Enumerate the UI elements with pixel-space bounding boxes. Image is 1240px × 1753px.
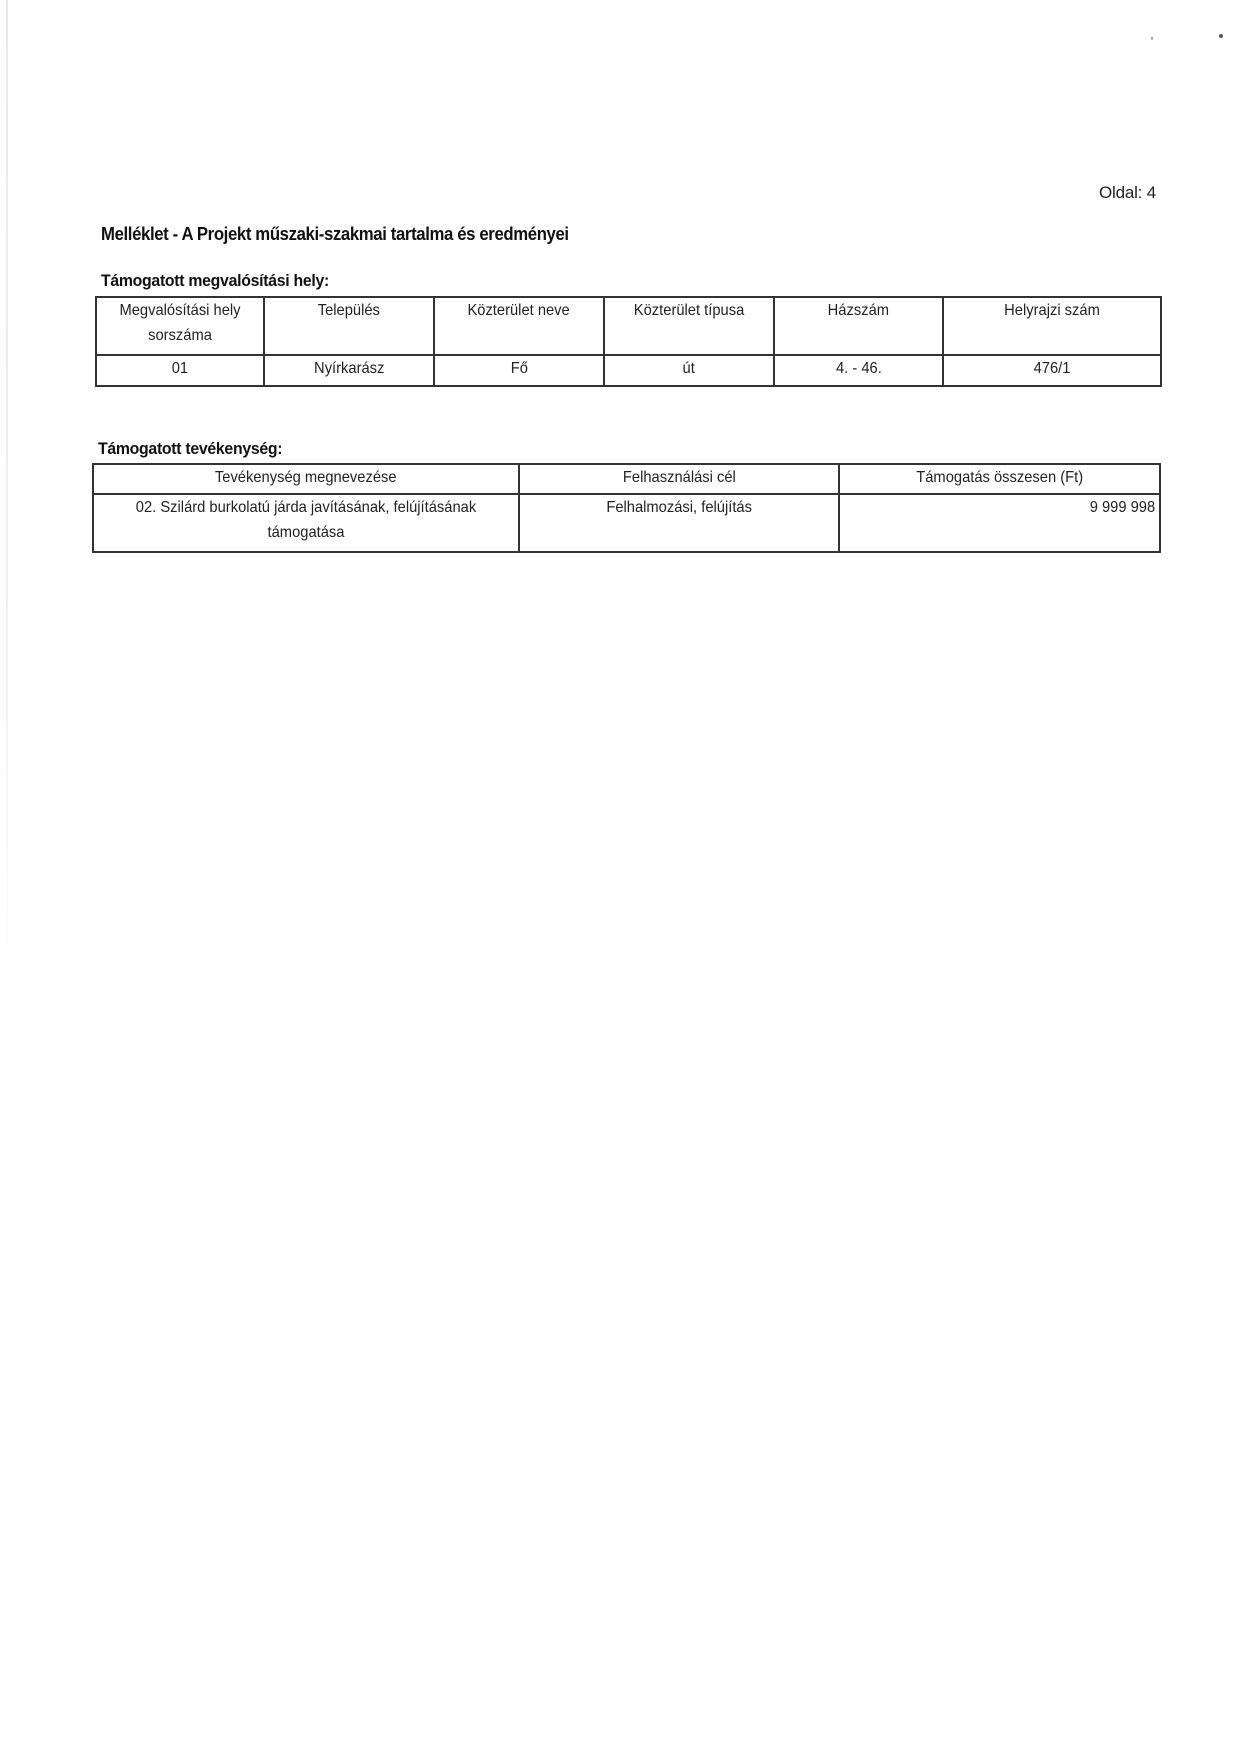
scan-speck: [1219, 34, 1223, 38]
location-serial-cell: 01: [96, 355, 264, 386]
location-table: Megvalósítási hely sorszáma Település Kö…: [95, 296, 1162, 387]
column-header: Helyrajzi szám: [943, 297, 1161, 355]
street-type-cell: út: [604, 355, 774, 386]
column-header: Felhasználási cél: [519, 464, 839, 494]
usage-purpose-cell: Felhalmozási, felújítás: [519, 494, 839, 552]
column-header: Megvalósítási hely sorszáma: [96, 297, 264, 355]
column-header: Házszám: [774, 297, 943, 355]
location-table-header: Megvalósítási hely sorszáma Település Kö…: [96, 297, 1161, 355]
activity-name-cell: 02. Szilárd burkolatú járda javításának,…: [93, 494, 519, 552]
column-header: Tevékenység megnevezése: [93, 464, 519, 494]
scan-edge-artifact: [6, 0, 8, 1000]
house-number-cell: 4. - 46.: [774, 355, 943, 386]
scan-speck: [1151, 37, 1153, 40]
page-number: Oldal: 4: [1099, 183, 1156, 203]
table-row: 02. Szilárd burkolatú járda javításának,…: [93, 494, 1160, 552]
document-title: Melléklet - A Projekt műszaki-szakmai ta…: [101, 224, 569, 245]
column-header: Közterület típusa: [604, 297, 774, 355]
street-name-cell: Fő: [434, 355, 604, 386]
column-header: Támogatás összesen (Ft): [839, 464, 1160, 494]
column-header: Közterület neve: [434, 297, 604, 355]
parcel-number-cell: 476/1: [943, 355, 1161, 386]
table-row: 01 Nyírkarász Fő út 4. - 46. 476/1: [96, 355, 1161, 386]
activity-table: Tevékenység megnevezése Felhasználási cé…: [92, 463, 1161, 553]
location-section-heading: Támogatott megvalósítási hely:: [101, 271, 329, 291]
settlement-cell: Nyírkarász: [264, 355, 434, 386]
activity-section-heading: Támogatott tevékenység:: [98, 439, 282, 459]
total-support-cell: 9 999 998: [839, 494, 1160, 552]
activity-table-header: Tevékenység megnevezése Felhasználási cé…: [93, 464, 1160, 494]
column-header: Település: [264, 297, 434, 355]
